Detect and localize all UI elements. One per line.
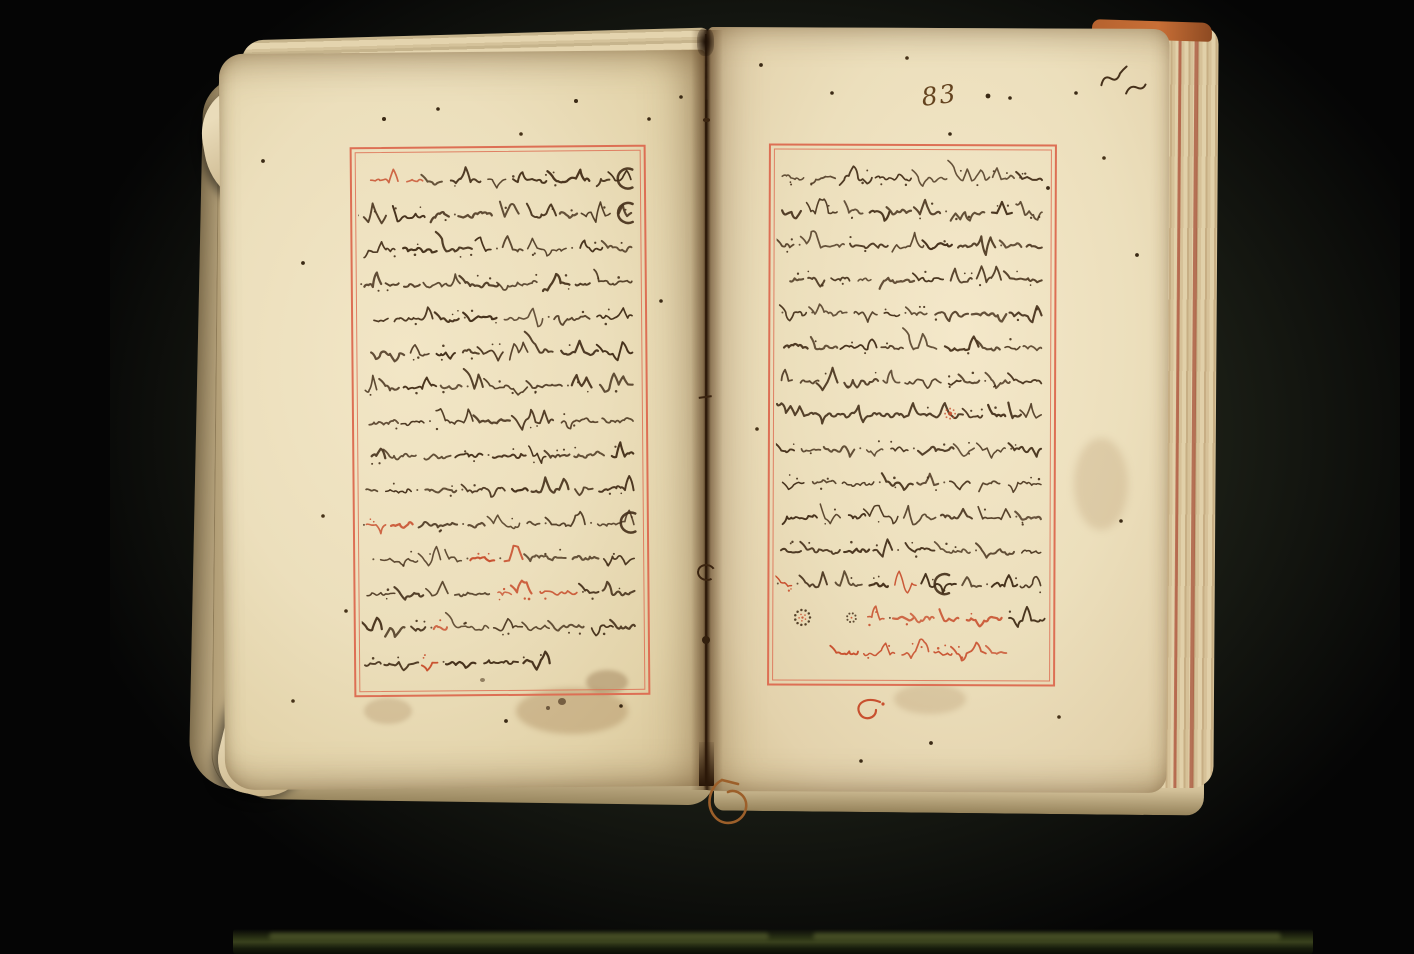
catchword-path (858, 700, 880, 718)
text-frame-right (767, 143, 1057, 686)
table-edge (233, 929, 1313, 954)
handwriting-right (775, 152, 1049, 679)
catchword-mark (846, 694, 890, 728)
binding-stitch (703, 118, 710, 122)
catchword-dot (881, 702, 884, 705)
gutter-seam (705, 34, 707, 784)
manuscript-photograph: 83 (0, 0, 1414, 954)
text-frame-left (350, 145, 651, 698)
handwriting-left (358, 153, 643, 689)
binding-thread (692, 776, 792, 846)
binding-thread-path (709, 780, 746, 823)
ink-spot (558, 698, 566, 705)
fore-edge-stain-line (1173, 26, 1181, 788)
foxing-specks-left (222, 52, 224, 54)
table-edge-highlight (269, 933, 769, 940)
ink-spot (546, 706, 550, 710)
foxing-specks-right (706, 28, 708, 30)
marginal-gloss-stroke (1125, 84, 1147, 94)
gutter-top-shadow (697, 28, 714, 56)
fore-edge-stain-line (1190, 26, 1199, 788)
binding-stitch (702, 636, 710, 644)
gutter-shadow (691, 30, 723, 790)
marginal-gloss-stroke (1098, 67, 1129, 86)
table-edge-highlight (813, 933, 1281, 940)
